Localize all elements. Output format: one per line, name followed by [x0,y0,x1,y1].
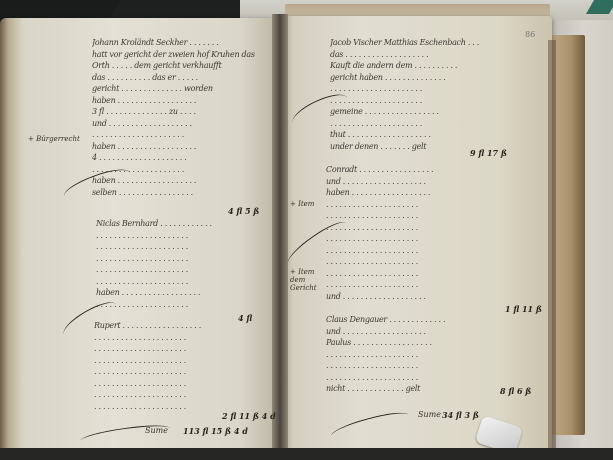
folio-number: 86 [525,30,535,39]
entry-line: . . . . . . . . . . . . . . . . . . . . … [326,222,496,234]
entry-line: Paulus . . . . . . . . . . . . . . . . .… [326,337,501,349]
entry-line: Orth . . . . . dem gericht verkhaufft [92,60,262,72]
entry-line: . . . . . . . . . . . . . . . . . . . . … [94,378,264,390]
entry-line: Claus Dengauer . . . . . . . . . . . . . [326,314,501,326]
book-gutter [272,14,288,460]
entry-line: . . . . . . . . . . . . . . . . . . . . … [96,241,261,253]
entry-line: Conradt . . . . . . . . . . . . . . . . … [326,164,496,176]
left-entry-2: Niclas Bernhard . . . . . . . . . . . . … [96,218,261,310]
entry-line: Johann Kroländt Seckher . . . . . . . [92,37,262,49]
bottom-shadow [0,448,613,460]
entry-line: . . . . . . . . . . . . . . . . . . . . … [94,366,264,378]
entry-line: . . . . . . . . . . . . . . . . . . . . … [330,83,495,95]
entry-line: . . . . . . . . . . . . . . . . . . . . … [96,230,261,242]
entry-total: 4 fl 5 ß [228,206,259,216]
entry-line: gericht haben . . . . . . . . . . . . . … [330,72,495,84]
entry-line: . . . . . . . . . . . . . . . . . . . . … [96,253,261,265]
entry-line: haben . . . . . . . . . . . . . . . . . … [92,141,262,153]
entry-line: selben . . . . . . . . . . . . . . . . . [92,187,262,199]
entry-line: Niclas Bernhard . . . . . . . . . . . . [96,218,261,230]
entry-line: . . . . . . . . . . . . . . . . . . . . … [94,332,264,344]
entry-line: . . . . . . . . . . . . . . . . . . . . … [94,355,264,367]
entry-line: . . . . . . . . . . . . . . . . . . . . … [326,372,501,384]
left-margin-note: + Bürgerrecht [28,135,80,143]
entry-line: das . . . . . . . . . . das er . . . . . [92,72,262,84]
right-entry-3: Claus Dengauer . . . . . . . . . . . . .… [326,314,501,395]
entry-line: Rupert . . . . . . . . . . . . . . . . .… [94,320,264,332]
right-page-edge-shadow [548,40,556,450]
entry-line: . . . . . . . . . . . . . . . . . . . . … [330,95,495,107]
entry-line: haben . . . . . . . . . . . . . . . . . … [96,287,261,299]
entry-line: . . . . . . . . . . . . . . . . . . . . … [326,279,496,291]
entry-line: . . . . . . . . . . . . . . . . . . . . … [326,256,496,268]
entry-line: Kauft die andern dem . . . . . . . . . . [330,60,495,72]
entry-total: 2 fl 11 ß 4 d [222,411,276,421]
entry-line: . . . . . . . . . . . . . . . . . . . . … [96,299,261,311]
entry-line: hatt vor gericht der zweien hof Kruhen d… [92,49,262,61]
right-entry-2: Conradt . . . . . . . . . . . . . . . . … [326,164,496,302]
entry-line: . . . . . . . . . . . . . . . . . . . . … [326,233,496,245]
entry-line: . . . . . . . . . . . . . . . . . . . . … [326,210,496,222]
entry-line: . . . . . . . . . . . . . . . . . . . . … [326,245,496,257]
entry-total: 1 fl 11 ß [505,304,542,314]
entry-line: gemeine . . . . . . . . . . . . . . . . … [330,106,495,118]
entry-line: Jacob Vischer Matthias Eschenbach . . . [330,37,495,49]
entry-line: . . . . . . . . . . . . . . . . . . . . … [94,389,264,401]
summa-total: 34 fl 3 ß [442,410,479,420]
entry-line: 3 fl . . . . . . . . . . . . . . zu . . … [92,106,262,118]
entry-line: gericht . . . . . . . . . . . . . . word… [92,83,262,95]
entry-line: . . . . . . . . . . . . . . . . . . . . … [96,264,261,276]
entry-line: . . . . . . . . . . . . . . . . . . . . … [96,276,261,288]
entry-line: . . . . . . . . . . . . . . . . . . . . … [326,199,496,211]
entry-line: . . . . . . . . . . . . . . . . . . . . … [326,268,496,280]
entry-line: und . . . . . . . . . . . . . . . . . . … [326,176,496,188]
entry-line: . . . . . . . . . . . . . . . . . . . . … [92,129,262,141]
entry-line: . . . . . . . . . . . . . . . . . . . . … [326,349,501,361]
entry-line: haben . . . . . . . . . . . . . . . . . … [326,187,496,199]
entry-line: . . . . . . . . . . . . . . . . . . . . … [94,343,264,355]
entry-line: und . . . . . . . . . . . . . . . . . . … [92,118,262,130]
right-entry-1: Jacob Vischer Matthias Eschenbach . . . … [330,37,495,152]
entry-total: 8 fl 6 ß [500,386,531,396]
right-margin-note: + Item [290,200,314,208]
entry-line: . . . . . . . . . . . . . . . . . . . . … [326,360,501,372]
entry-line: thut . . . . . . . . . . . . . . . . . .… [330,129,495,141]
entry-line: das . . . . . . . . . . . . . . . . . . … [330,49,495,61]
entry-line: 4 . . . . . . . . . . . . . . . . . . . … [92,152,262,164]
right-margin-note: + Item dem Gericht [290,268,330,292]
entry-line: haben . . . . . . . . . . . . . . . . . … [92,95,262,107]
entry-total: 9 fl 17 ß [470,148,507,158]
entry-line: und . . . . . . . . . . . . . . . . . . … [326,326,501,338]
summa-total: 113 fl 15 ß 4 d [183,426,248,436]
summa-label: Sume [418,410,441,419]
entry-line: . . . . . . . . . . . . . . . . . . . . … [330,118,495,130]
entry-line: und . . . . . . . . . . . . . . . . . . … [326,291,496,303]
left-entry-3: Rupert . . . . . . . . . . . . . . . . .… [94,320,264,412]
entry-line: nicht . . . . . . . . . . . . . gelt [326,383,501,395]
